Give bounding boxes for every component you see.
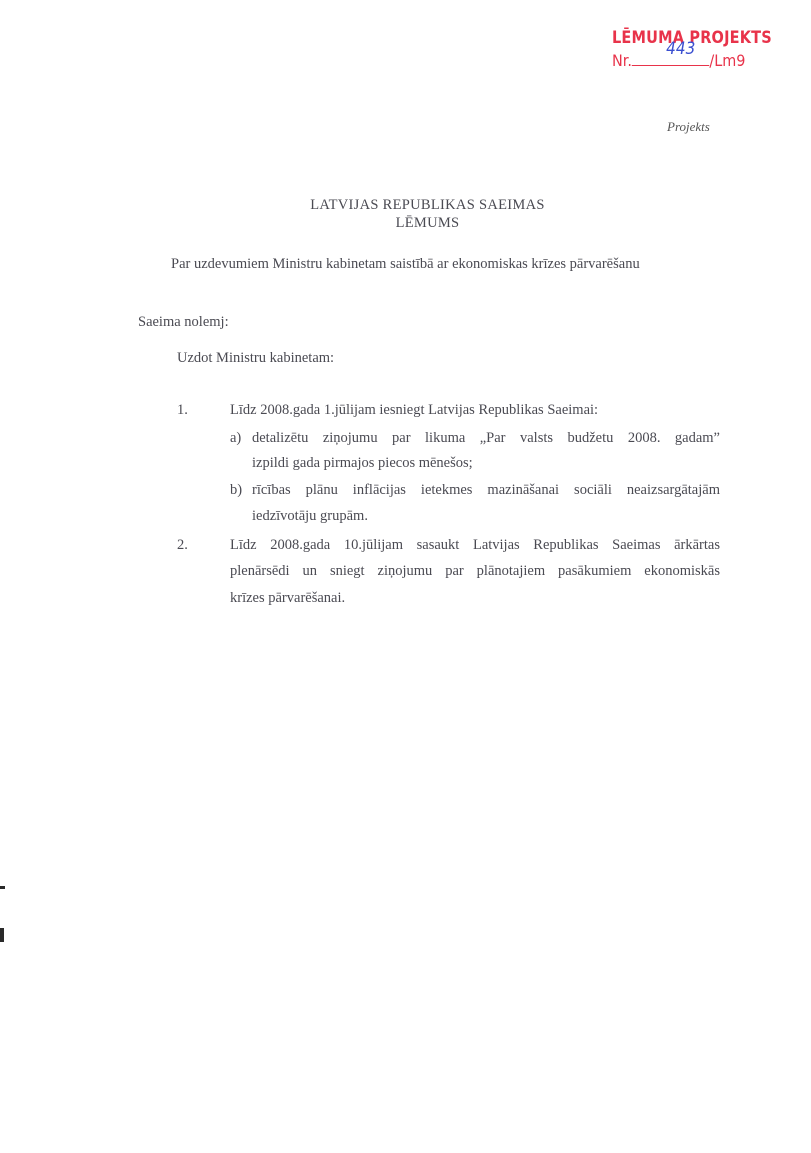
item-line: plenārsēdi un sniegt ziņojumu par plānot…	[230, 563, 720, 580]
subitem-line: detalizētu ziņojumu par likuma „Par vals…	[252, 430, 720, 447]
preamble: Saeima nolemj:	[138, 314, 229, 331]
instruction: Uzdot Ministru kabinetam:	[177, 350, 334, 367]
document-title: LATVIJAS REPUBLIKAS SAEIMAS	[0, 197, 811, 214]
subitem-letter: a)	[230, 430, 241, 447]
item-number: 1.	[177, 402, 188, 419]
subitem-line: izpildi gada pirmajos piecos mēnešos;	[252, 455, 473, 472]
item-line: Līdz 2008.gada 10.jūlijam sasaukt Latvij…	[230, 537, 720, 554]
draft-stamp: LĒMUMA PROJEKTS Nr.443/Lm9	[612, 28, 794, 70]
subitem-line: rīcības plānu inflācijas ietekmes mazinā…	[252, 482, 720, 499]
document-type: LĒMUMS	[0, 215, 811, 232]
item-line: krīzes pārvarēšanai.	[230, 590, 345, 607]
stamp-nr-suffix: /Lm9	[709, 51, 745, 70]
scan-edge-mark	[0, 886, 5, 889]
stamp-nr-prefix: Nr.	[612, 51, 632, 70]
item-text: Līdz 2008.gada 1.jūlijam iesniegt Latvij…	[230, 402, 598, 419]
scan-edge-mark	[0, 928, 4, 942]
stamp-nr-line: 443	[632, 51, 709, 66]
subitem-letter: b)	[230, 482, 242, 499]
draft-label: Projekts	[667, 119, 710, 135]
document-subtitle: Par uzdevumiem Ministru kabinetam saistī…	[171, 256, 640, 273]
item-number: 2.	[177, 537, 188, 554]
stamp-number: Nr.443/Lm9	[612, 51, 776, 70]
stamp-nr-handwritten: 443	[666, 39, 695, 59]
subitem-line: iedzīvotāju grupām.	[252, 508, 368, 525]
